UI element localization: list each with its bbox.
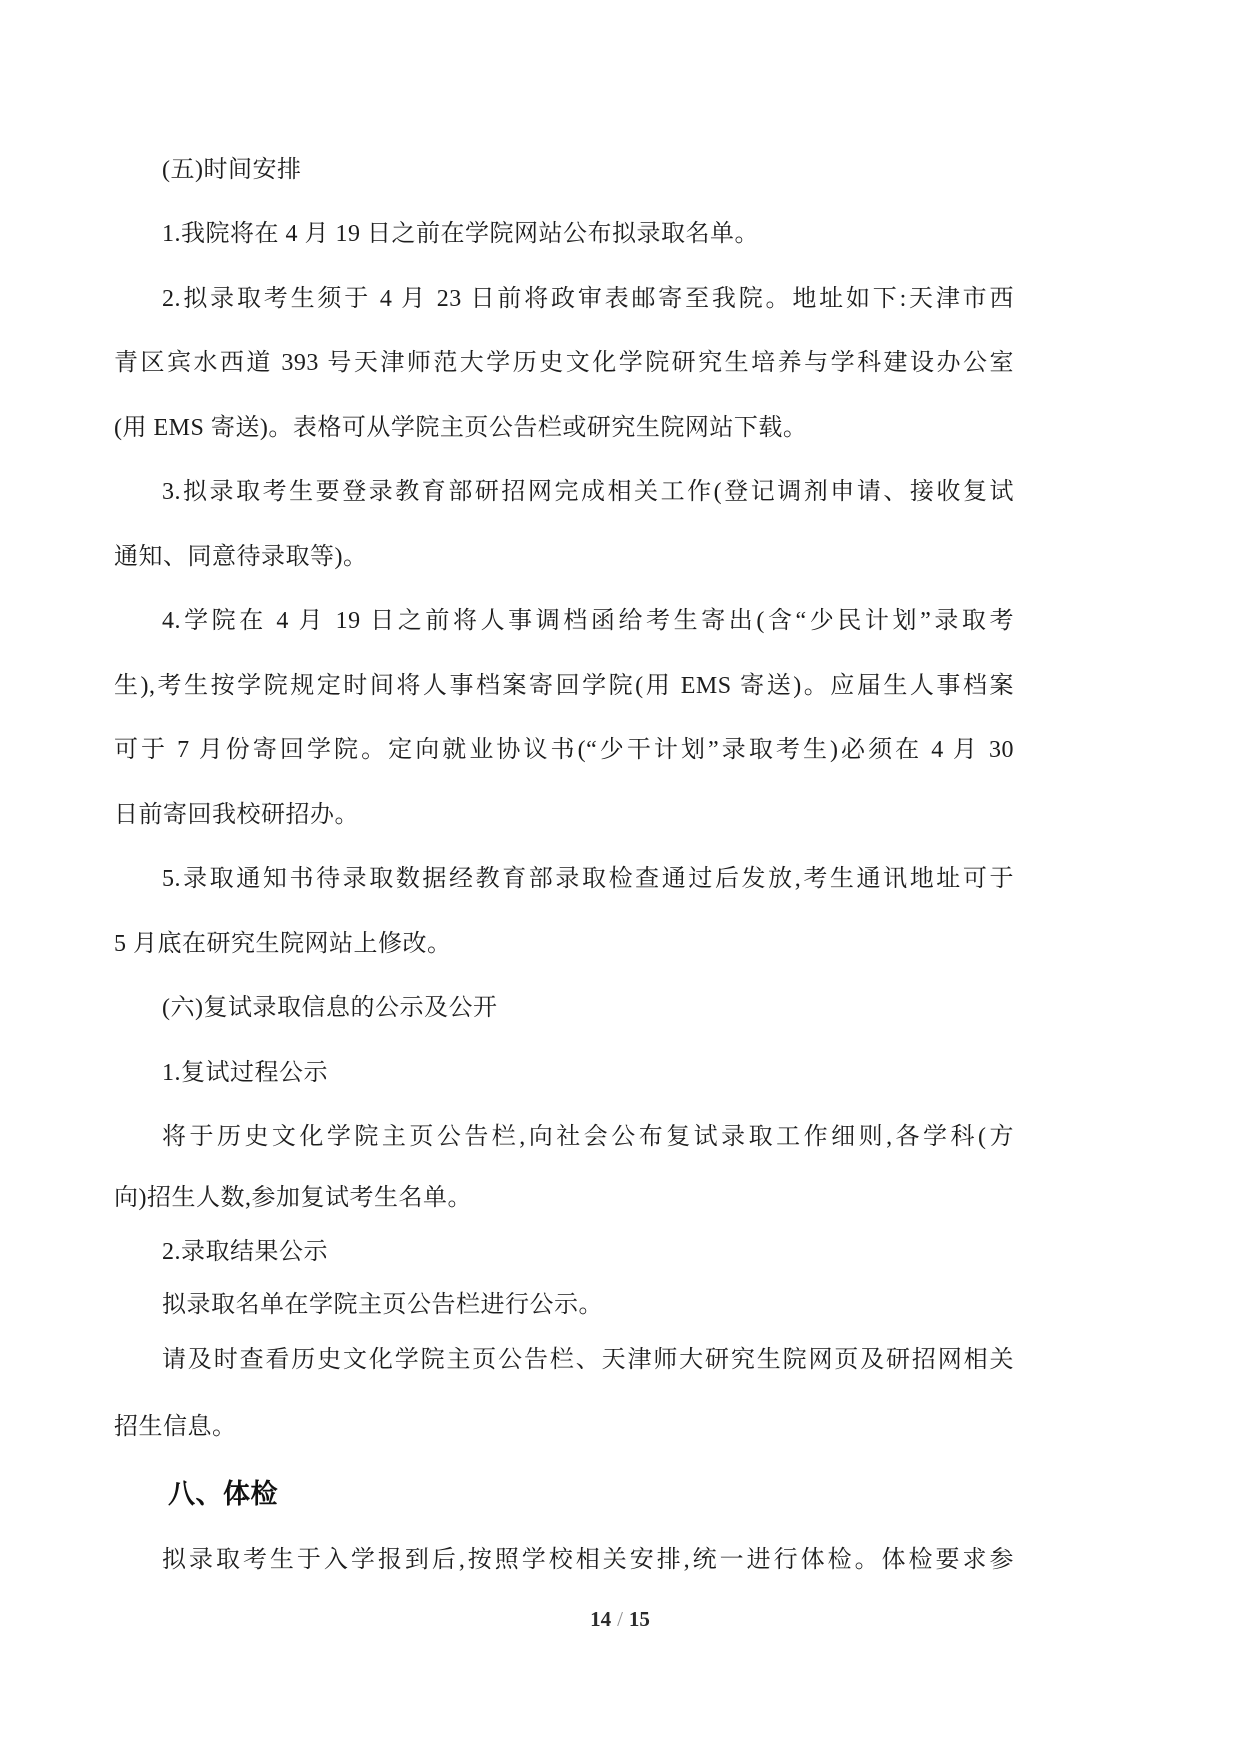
text-line: (用 EMS 寄送)。表格可从学院主页公告栏或研究生院网站下载。	[114, 410, 1014, 446]
text-line: 5 月底在研究生院网站上修改。	[114, 926, 1014, 962]
text-line: 1.复试过程公示	[114, 1055, 1014, 1091]
text-line: 请及时查看历史文化学院主页公告栏、天津师大研究生院网页及研招网相关	[114, 1342, 1014, 1378]
text-line: 4.学院在 4 月 19 日之前将人事调档函给考生寄出(含“少民计划”录取考	[114, 603, 1014, 639]
text-line: 拟录取名单在学院主页公告栏进行公示。	[114, 1287, 1014, 1323]
chapter-heading-physical-exam: 八、体检	[114, 1476, 1014, 1512]
text-line: 生),考生按学院规定时间将人事档案寄回学院(用 EMS 寄送)。应届生人事档案	[114, 668, 1014, 704]
text-line: 日前寄回我校研招办。	[114, 797, 1014, 833]
page-number-footer: 14/15	[0, 1604, 1240, 1634]
text-line: 将于历史文化学院主页公告栏,向社会公布复试录取工作细则,各学科(方	[114, 1119, 1014, 1155]
text-line: 招生信息。	[114, 1409, 1014, 1445]
document-page: (五)时间安排 1.我院将在 4 月 19 日之前在学院网站公布拟录取名单。 2…	[0, 0, 1240, 1754]
text-line: 2.录取结果公示	[114, 1234, 1014, 1270]
text-line: 可于 7 月份寄回学院。定向就业协议书(“少干计划”录取考生)必须在 4 月 3…	[114, 732, 1014, 768]
page-number-current: 14	[590, 1607, 611, 1631]
text-line: 青区宾水西道 393 号天津师范大学历史文化学院研究生培养与学科建设办公室	[114, 345, 1014, 381]
text-line: 3.拟录取考生要登录教育部研招网完成相关工作(登记调剂申请、接收复试	[114, 474, 1014, 510]
text-line: 向)招生人数,参加复试考生名单。	[114, 1180, 1014, 1216]
section-heading-time-arrangement: (五)时间安排	[114, 152, 1014, 188]
page-number-total: 15	[629, 1607, 650, 1631]
text-line: 通知、同意待录取等)。	[114, 539, 1014, 575]
text-line: 2.拟录取考生须于 4 月 23 日前将政审表邮寄至我院。地址如下:天津市西	[114, 281, 1014, 317]
text-line: 1.我院将在 4 月 19 日之前在学院网站公布拟录取名单。	[114, 216, 1014, 252]
text-line: 拟录取考生于入学报到后,按照学校相关安排,统一进行体检。体检要求参	[114, 1542, 1014, 1578]
section-heading-publicity: (六)复试录取信息的公示及公开	[114, 990, 1014, 1026]
text-line: 5.录取通知书待录取数据经教育部录取检查通过后发放,考生通讯地址可于	[114, 861, 1014, 897]
page-number-separator: /	[611, 1607, 629, 1631]
